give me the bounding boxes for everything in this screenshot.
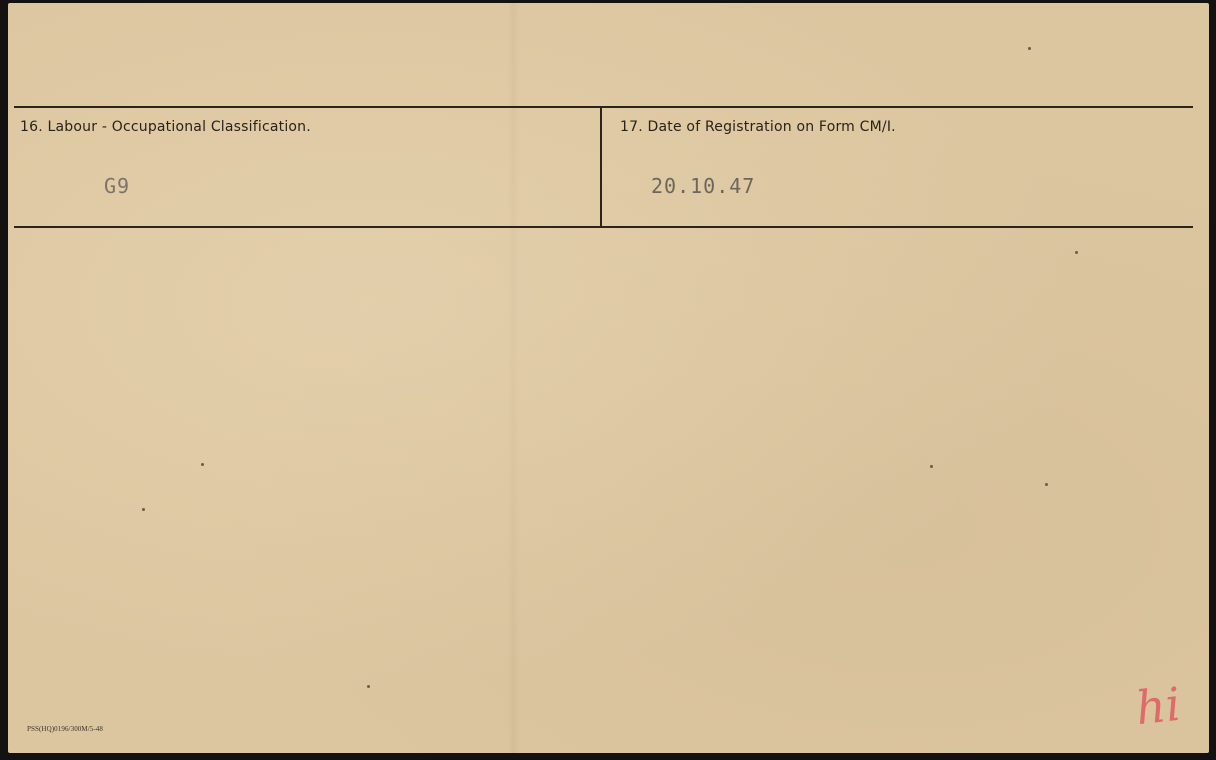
form-print-code: PSS(HQ)0196/300M/5-48 [27, 725, 103, 733]
handwritten-initials: hi [1133, 677, 1183, 735]
field-16-label: 16. Labour - Occupational Classification… [20, 119, 311, 135]
field-17-value: 20.10.47 [651, 174, 755, 198]
paper-speck [142, 508, 145, 511]
field-16-value: G9 [104, 174, 130, 198]
bottom-rule [14, 226, 1193, 228]
top-rule [14, 106, 1193, 108]
paper-speck [1028, 47, 1031, 50]
column-divider [600, 106, 602, 228]
paper-speck [201, 463, 204, 466]
field-17-label: 17. Date of Registration on Form CM/I. [620, 119, 896, 135]
paper-speck [1045, 483, 1048, 486]
paper-speck [1075, 251, 1078, 254]
document-card: 16. Labour - Occupational Classification… [8, 3, 1209, 753]
paper-speck [930, 465, 933, 468]
paper-speck [367, 685, 370, 688]
